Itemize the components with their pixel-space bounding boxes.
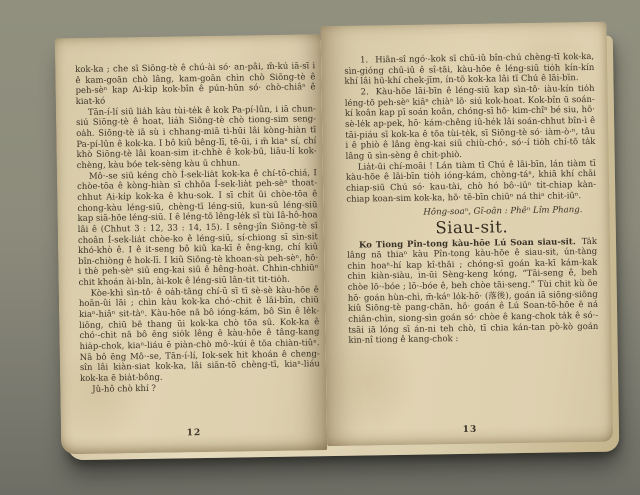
page-number: 13	[327, 423, 613, 437]
numbered-paragraph: 1.Hiān-sî ngó·-kok sī chū-iû bîn-chú chè…	[344, 52, 594, 88]
news-body: Ta̍k lâng nā thiaⁿ kàu Pîn-tong kàu-hōe …	[347, 236, 598, 346]
list-number: 2.	[361, 87, 369, 97]
paragraph: Mô·-se siū kéng chò Í-sek-lia̍t kok-ka ê…	[77, 168, 319, 289]
paragraph: kok-ka ; che sī Siōng-tè ê chú-ài só· an…	[75, 61, 316, 107]
section-heading: Siau-sit.	[347, 221, 597, 236]
open-book: kok-ka ; che sī Siōng-tè ê chú-ài só· an…	[49, 20, 618, 469]
left-page-text: kok-ka ; che sī Siōng-tè ê chú-ài só· an…	[75, 61, 320, 395]
paragraph-text: Kàu-hōe lāi-bīn ê léng-siū kap sìn-tô· i…	[345, 84, 596, 162]
right-page-text: 1.Hiān-sî ngó·-kok sī chū-iû bîn-chú chè…	[344, 52, 599, 347]
paragraph-text: Hiān-sî ngó·-kok sī chū-iû bîn-chú chèng…	[344, 52, 594, 87]
numbered-paragraph: 2.Kàu-hōe lāi-bīn ê léng-siū kap sìn-tô·…	[345, 84, 596, 163]
left-page: kok-ka ; che sī Siōng-tè ê chú-ài só· an…	[55, 34, 328, 454]
paragraph: Kòe-khì sìn-tô· ê oa̍h-tāng chí-ū sī tī …	[79, 285, 320, 385]
list-number: 1.	[360, 55, 368, 65]
paragraph: Tān-í-lí siū lia̍h kàu tùi-te̍k ê kok Pa…	[76, 104, 317, 172]
page-number: 12	[61, 426, 327, 440]
paragraph: Lia̍t-ūi chí-moāi ! Lán tiàm tī Chú ê lā…	[346, 158, 597, 205]
right-page: 1.Hiān-sî ngó·-kok sī chū-iû bîn-chú chè…	[321, 22, 614, 446]
news-paragraph: Ko Tiong Pîn-tong kàu-hōe Lú Soan siau-s…	[347, 236, 599, 346]
photo-scene: kok-ka ; che sī Siōng-tè ê chú-ài só· an…	[0, 0, 640, 495]
